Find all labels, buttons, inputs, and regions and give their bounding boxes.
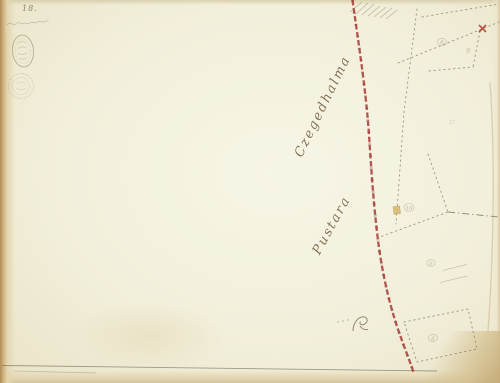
parcel-number: 10 bbox=[406, 206, 413, 212]
parcel-number: 6 bbox=[431, 337, 435, 343]
parcel-number: 6 bbox=[440, 40, 444, 46]
parcel-boundaries bbox=[377, 4, 499, 362]
round-stamp bbox=[9, 74, 34, 99]
parcel-boundary-dashdot bbox=[448, 212, 499, 217]
parcel-number: 57 bbox=[449, 120, 456, 126]
pencil-note-scribble bbox=[7, 21, 49, 25]
road-hatching bbox=[350, 2, 397, 19]
map-drawing: 6 9 57 10 6 6 bbox=[0, 0, 500, 383]
oval-stamp bbox=[11, 34, 35, 68]
red-cross-mark bbox=[479, 25, 486, 32]
corner-note-scribble bbox=[440, 264, 468, 283]
map-frame-bottom-line-shadow bbox=[14, 371, 96, 373]
map-sheet: 6 9 57 10 6 6 bbox=[0, 0, 500, 383]
yellow-plot-symbol bbox=[393, 206, 400, 214]
parcel-number: 9 bbox=[466, 48, 470, 55]
flourish-scribble bbox=[337, 317, 368, 331]
page-edge-curve bbox=[488, 82, 493, 332]
parcel-numbers: 6 9 57 10 6 6 bbox=[404, 38, 470, 342]
parcel-number: 6 bbox=[429, 262, 433, 268]
map-frame-bottom-line bbox=[2, 366, 437, 372]
road-line bbox=[353, 0, 415, 374]
